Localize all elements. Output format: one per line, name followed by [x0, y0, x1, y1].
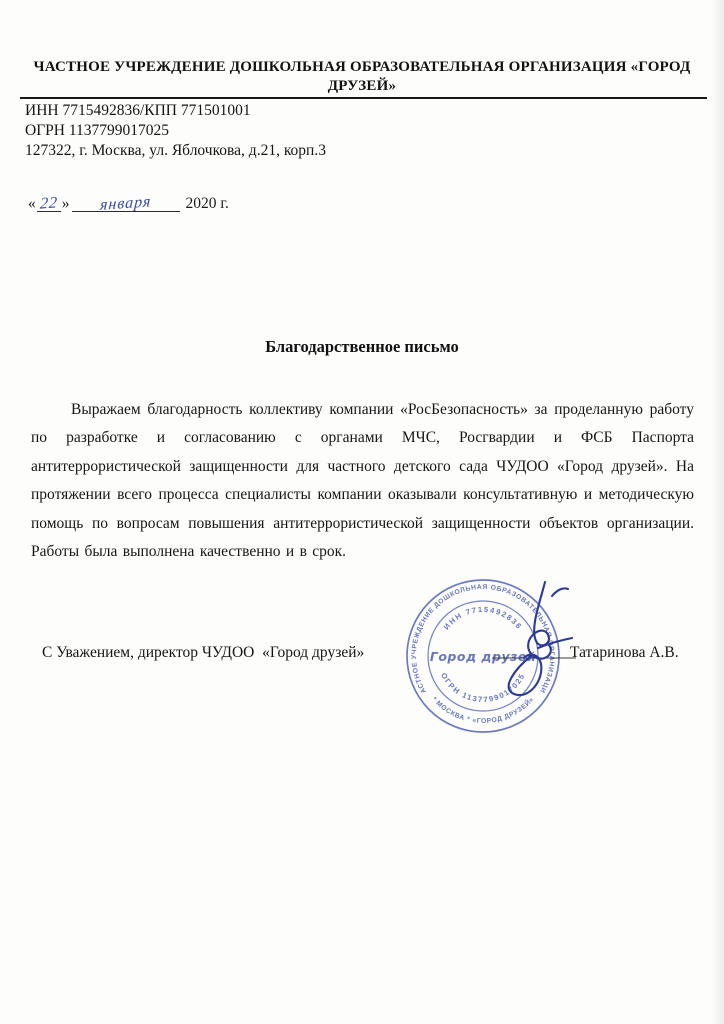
- signatory-name: Татаринова А.В.: [570, 644, 679, 662]
- date-open-quote: «: [28, 195, 36, 212]
- letterhead-org-name: ЧАСТНОЕ УЧРЕЖДЕНИЕ ДОШКОЛЬНАЯ ОБРАЗОВАТЕ…: [25, 58, 699, 96]
- org-ogrn: ОГРН 1137799017025: [25, 121, 625, 141]
- document-title: Благодарственное письмо: [0, 337, 724, 357]
- date-close-quote: »: [62, 195, 70, 212]
- stamp-ogrn-text: ОГРН 1137799017025: [439, 671, 527, 704]
- date-line: «22»января2020 г.: [28, 195, 229, 213]
- date-year: 2020 г.: [186, 195, 229, 212]
- letterhead-details: ИНН 7715492836/КПП 771501001 ОГРН 113779…: [25, 101, 625, 161]
- handwritten-day: 22: [39, 195, 58, 211]
- stamp-center-logo: Город друзей: [430, 649, 536, 664]
- scan-edge-shade: [712, 0, 724, 1024]
- date-month-slot: января: [72, 196, 180, 212]
- body-paragraph: Выражаем благодарность коллективу компан…: [31, 396, 694, 566]
- letterhead-divider: [20, 97, 707, 99]
- stamp-outer-ring-text: ЧАСТНОЕ УЧРЕЖДЕНИЕ ДОШКОЛЬНАЯ ОБРАЗОВАТЕ…: [389, 567, 555, 694]
- org-address: 127322, г. Москва, ул. Яблочкова, д.21, …: [25, 141, 625, 161]
- official-stamp: ЧАСТНОЕ УЧРЕЖДЕНИЕ ДОШКОЛЬНАЯ ОБРАЗОВАТЕ…: [392, 572, 582, 744]
- signature-caption: С Уважением, директор ЧУДОО «Город друзе…: [42, 644, 364, 662]
- date-day-slot: 22: [37, 196, 61, 212]
- scanned-letter-page: ЧАСТНОЕ УЧРЕЖДЕНИЕ ДОШКОЛЬНАЯ ОБРАЗОВАТЕ…: [0, 0, 724, 1024]
- org-inn-kpp: ИНН 7715492836/КПП 771501001: [25, 101, 625, 121]
- handwritten-month: января: [99, 194, 151, 213]
